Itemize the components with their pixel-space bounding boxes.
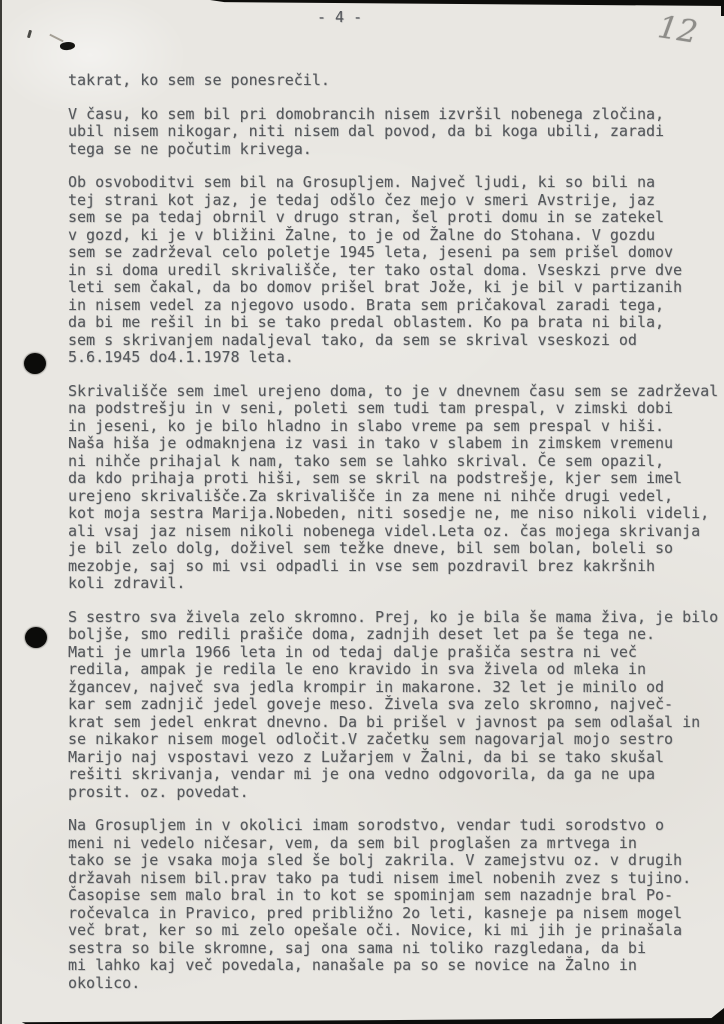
text-line: in si doma uredil skrivališče, ter tako … bbox=[68, 262, 723, 280]
scan-edge-top bbox=[0, 0, 724, 6]
text-line: Naša hiša je odmaknjena iz vasi in tako … bbox=[68, 435, 723, 453]
text-line: in nisem vedel za njegovo usodo. Brata s… bbox=[68, 297, 723, 315]
text-line: Časopise sem malo bral in to kot se spom… bbox=[68, 887, 723, 905]
text-line: žgancev, največ sva jedla krompir in mak… bbox=[68, 679, 723, 697]
text-line: boljše, smo redili prašiče doma, zadnjih… bbox=[68, 626, 723, 644]
text-line: Na Grosupljem in v okolici imam sorodstv… bbox=[68, 817, 723, 835]
text-line: urejeno skrivališče.Za skrivališče in za… bbox=[68, 488, 723, 506]
paragraph: V času, ko sem bil pri domobrancih nisem… bbox=[68, 106, 723, 159]
paragraph: Ob osvoboditvi sem bil na Grosupljem. Na… bbox=[68, 174, 723, 367]
text-line: kar sem zadnjič jedel goveje meso. Živel… bbox=[68, 696, 723, 714]
text-line: leti sem čakal, da bo domov prišel brat … bbox=[68, 279, 723, 297]
text-line: Mati je umrla 1966 leta in od tedaj dalj… bbox=[68, 644, 723, 662]
text-line: koli zdravil. bbox=[68, 575, 723, 593]
text-line: mezobje, saj so mi vsi odpadli in vse se… bbox=[68, 558, 723, 576]
text-line: kot moja sestra Marija.Nobeden, niti sos… bbox=[68, 505, 723, 523]
text-line: mi lahko kaj več povedala, nanašale pa s… bbox=[68, 957, 723, 975]
text-line: tako se je vsaka moja sled še bolj zakri… bbox=[68, 852, 723, 870]
scan-edge-bottom bbox=[0, 1016, 724, 1024]
scan-background: - 4 - 12 takrat, ko sem se ponesrečil.V … bbox=[0, 0, 724, 1024]
text-line: Marijo naj vspostavi vezo z Lužarjem v Ž… bbox=[68, 749, 723, 767]
paragraph: takrat, ko sem se ponesrečil. bbox=[68, 72, 723, 90]
text-line: državah nisem bil.prav tako pa tudi nise… bbox=[68, 870, 723, 888]
text-line: na podstrešju in v seni, poleti sem tudi… bbox=[68, 400, 723, 418]
text-line: več brat, ker so mi zelo opešale oči. No… bbox=[68, 922, 723, 940]
text-line: sem s skrivanjem nadaljeval tako, da sem… bbox=[68, 332, 723, 350]
page-number: - 4 - bbox=[317, 9, 362, 27]
text-line: 5.6.1945 do4.1.1978 leta. bbox=[68, 349, 723, 367]
text-line: krat sem jedel enkrat dnevno. Da bi priš… bbox=[68, 714, 723, 732]
text-line: je bil zelo dolg, doživel sem težke dnev… bbox=[68, 540, 723, 558]
text-line: rešiti skrivanja, vendar mi je ona vedno… bbox=[68, 766, 723, 784]
text-line: meni ni vedelo ničesar, vem, da sem bil … bbox=[68, 835, 723, 853]
text-line: Skrivališče sem imel urejeno doma, to je… bbox=[68, 383, 723, 401]
pencil-scratch-mark bbox=[49, 34, 63, 43]
paragraph: Na Grosupljem in v okolici imam sorodstv… bbox=[68, 817, 723, 992]
text-line: okolico. bbox=[68, 975, 723, 993]
text-line: ali vsaj jaz nisem nikoli nobenega videl… bbox=[68, 523, 723, 541]
text-line: ubil nisem nikogar, niti nisem dal povod… bbox=[68, 123, 723, 141]
text-line: sestra so bile skromne, saj ona sama ni … bbox=[68, 940, 723, 958]
text-line: S sestro sva živela zelo skromno. Prej, … bbox=[68, 609, 723, 627]
text-line: ročevalca in Pravico, pred približno 2o … bbox=[68, 905, 723, 923]
text-line: se nikakor nisem mogel odločit.V začetku… bbox=[68, 731, 723, 749]
text-line: redila, ampak je redila le eno kravido i… bbox=[68, 661, 723, 679]
pen-tick-mark bbox=[27, 30, 32, 39]
text-line: V času, ko sem bil pri domobrancih nisem… bbox=[68, 106, 723, 124]
text-line: da kdo prihaja proti hiši, sem se skril … bbox=[68, 470, 723, 488]
ink-smudge bbox=[60, 41, 76, 51]
text-line: tega se ne počutim krivega. bbox=[68, 141, 723, 159]
text-line: Ob osvoboditvi sem bil na Grosupljem. Na… bbox=[68, 174, 723, 192]
scan-edge-left bbox=[0, 0, 2, 1024]
text-line: v gozd, ki je v bližini Žalne, to je od … bbox=[68, 227, 723, 245]
handwritten-page-number: 12 bbox=[655, 9, 700, 51]
paragraph: S sestro sva živela zelo skromno. Prej, … bbox=[68, 609, 723, 802]
text-line: takrat, ko sem se ponesrečil. bbox=[68, 72, 723, 90]
paragraph: Skrivališče sem imel urejeno doma, to je… bbox=[68, 383, 723, 593]
text-line: prosit. oz. povedat. bbox=[68, 784, 723, 802]
text-line: sem se pa tedaj obrnil v drugo stran, še… bbox=[68, 209, 723, 227]
scanned-page: - 4 - 12 takrat, ko sem se ponesrečil.V … bbox=[0, 0, 724, 1024]
text-line: sem se zadrževal celo poletje 1945 leta,… bbox=[68, 244, 723, 262]
hole-punch-top bbox=[24, 353, 46, 374]
hole-punch-bottom bbox=[25, 627, 47, 648]
text-line: tej strani kot jaz, je tedaj odšlo čez m… bbox=[68, 192, 723, 210]
text-line: ni nihče prihajal k nam, tako sem se lah… bbox=[68, 453, 723, 471]
text-line: in jeseni, ko je bilo hladno in slabo vr… bbox=[68, 418, 723, 436]
text-line: da bi me rešil in bi se tako predal obla… bbox=[68, 314, 723, 332]
typewritten-text: takrat, ko sem se ponesrečil.V času, ko … bbox=[68, 72, 723, 1008]
